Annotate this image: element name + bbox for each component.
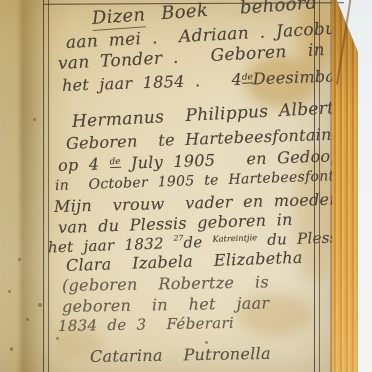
line-1834-february: 1834 de 3 Féberari bbox=[58, 314, 234, 335]
superscript-27: 27 bbox=[174, 233, 184, 242]
line-born-in-year: geboren in het jaar bbox=[62, 293, 270, 316]
foxing-spot bbox=[38, 303, 42, 307]
superscript-de: de bbox=[109, 157, 120, 168]
text-segment: Deesimba bbox=[252, 66, 335, 88]
foxing-spot bbox=[205, 341, 208, 344]
superscript-de: de bbox=[242, 73, 253, 84]
page-edge-boundary bbox=[330, 0, 332, 372]
foxing-spot bbox=[8, 290, 11, 293]
page-edge-stack bbox=[332, 0, 358, 372]
text-segment: de bbox=[183, 233, 213, 252]
foxing-spot bbox=[18, 258, 21, 261]
line-catarina-putronella: Catarina Putronella bbox=[90, 344, 271, 366]
foxing-spot bbox=[10, 347, 13, 351]
ruled-border-left-inner bbox=[48, 0, 49, 372]
line-geboren-robertze: (geboren Robertze is bbox=[62, 272, 269, 295]
book-photo: Dizen Boek behoord aan mei . Adriaan . J… bbox=[0, 0, 372, 372]
foxing-spot bbox=[26, 318, 29, 321]
ruled-border-left-outer bbox=[43, 0, 44, 372]
inserted-name-katreintjie: Katreintjie bbox=[212, 232, 257, 244]
foxing-spot bbox=[56, 337, 59, 340]
text-segment: op 4 bbox=[58, 154, 110, 175]
foxing-spot bbox=[33, 118, 36, 121]
underlined-word: Dizen bbox=[91, 4, 146, 31]
